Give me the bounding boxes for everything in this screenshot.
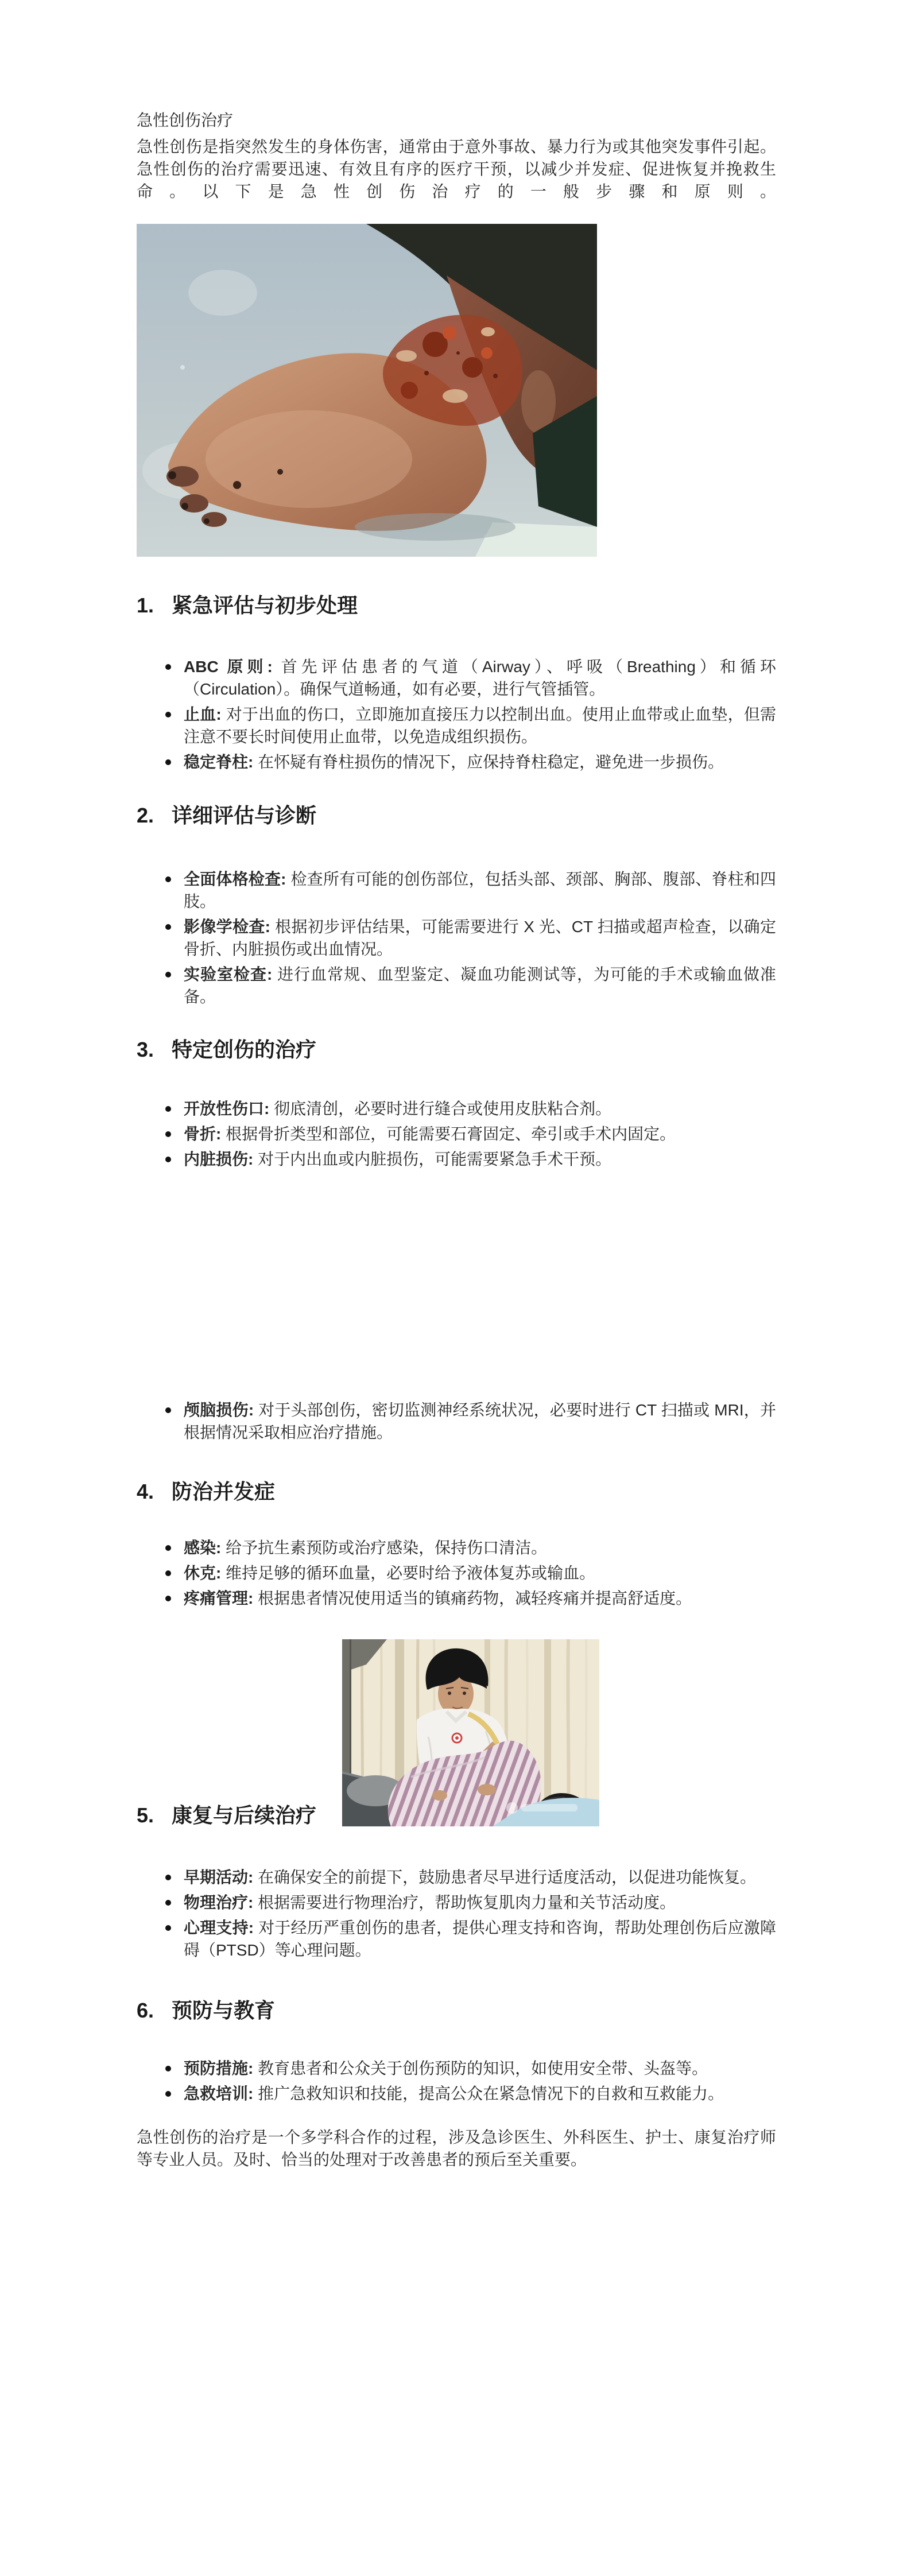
list-item: 骨折: 根据骨折类型和部位，可能需要石膏固定、牵引或手术内固定。 — [137, 1123, 776, 1145]
item-term: 心理支持: — [184, 1919, 254, 1937]
item-term: 开放性伤口: — [184, 1100, 269, 1118]
list-item: 疼痛管理: 根据患者情况使用适当的镇痛药物，减轻疼痛并提高舒适度。 — [137, 1587, 776, 1609]
rehab-photo-graphic — [342, 1639, 599, 1826]
bullet-list-3: 开放性伤口: 彻底清创，必要时进行缝合或使用皮肤粘合剂。 骨折: 根据骨折类型和… — [137, 1097, 776, 1173]
wound-photo-graphic — [137, 224, 597, 557]
section-number: 4. — [137, 1479, 172, 1505]
item-term: 内脏损伤: — [184, 1150, 253, 1168]
bullet-list-6: 预防措施: 教育患者和公众关于创伤预防的知识，如使用安全带、头盔等。 急救培训:… — [137, 2057, 776, 2108]
item-term: 感染: — [184, 1539, 221, 1557]
section-title: 防治并发症 — [172, 1480, 275, 1503]
item-text: 根据初步评估结果，可能需要进行 X 光、CT 扫描或超声检查，以确定骨折、内脏损… — [184, 918, 776, 958]
item-term: 休克: — [184, 1564, 221, 1582]
list-item: 稳定脊柱: 在怀疑有脊柱损伤的情况下，应保持脊柱稳定，避免进一步损伤。 — [137, 751, 776, 773]
list-item: 开放性伤口: 彻底清创，必要时进行缝合或使用皮肤粘合剂。 — [137, 1097, 776, 1120]
wound-photo — [137, 224, 597, 557]
item-term: ABC 原则: — [184, 658, 273, 676]
closing-paragraph: 急性创伤的治疗是一个多学科合作的过程，涉及急诊医生、外科医生、护士、康复治疗师等… — [137, 2126, 776, 2171]
bullet-list-4: 感染: 给予抗生素预防或治疗感染，保持伤口清洁。 休克: 维持足够的循环血量，必… — [137, 1537, 776, 1612]
section-heading-6: 6.预防与教育 — [137, 1997, 825, 2024]
item-term: 稳定脊柱: — [184, 753, 253, 771]
section-heading-2: 2.详细评估与诊断 — [137, 802, 825, 829]
item-text: 根据患者情况使用适当的镇痛药物，减轻疼痛并提高舒适度。 — [258, 1589, 692, 1607]
item-text: 对于内出血或内脏损伤，可能需要紧急手术干预。 — [258, 1150, 611, 1168]
item-text: 维持足够的循环血量，必要时给予液体复苏或输血。 — [226, 1564, 595, 1582]
item-term: 全面体格检查: — [184, 870, 286, 888]
item-term: 疼痛管理: — [184, 1589, 253, 1607]
section-heading-4: 4.防治并发症 — [137, 1479, 825, 1505]
item-text: 在怀疑有脊柱损伤的情况下，应保持脊柱稳定，避免进一步损伤。 — [258, 753, 724, 771]
item-term: 影像学检查: — [184, 918, 270, 936]
item-term: 实验室检查: — [184, 965, 272, 983]
section-number: 1. — [137, 592, 172, 619]
item-term: 预防措施: — [184, 2059, 253, 2077]
list-item: 感染: 给予抗生素预防或治疗感染，保持伤口清洁。 — [137, 1537, 776, 1559]
item-term: 急救培训: — [184, 2085, 253, 2102]
list-item: 早期活动: 在确保安全的前提下，鼓励患者尽早进行适度活动，以促进功能恢复。 — [137, 1866, 776, 1888]
intro-paragraph: 急性创伤是指突然发生的身体伤害，通常由于意外事故、暴力行为或其他突发事件引起。急… — [137, 135, 776, 203]
item-text: 给予抗生素预防或治疗感染，保持伤口清洁。 — [226, 1539, 547, 1557]
list-item: 颅脑损伤: 对于头部创伤，密切监测神经系统状况，必要时进行 CT 扫描或 MRI… — [137, 1399, 776, 1444]
section-number: 6. — [137, 1997, 172, 2024]
item-text: 根据骨折类型和部位，可能需要石膏固定、牵引或手术内固定。 — [226, 1125, 676, 1143]
list-item: 止血: 对于出血的伤口，立即施加直接压力以控制出血。使用止血带或止血垫，但需注意… — [137, 703, 776, 748]
list-item: 内脏损伤: 对于内出血或内脏损伤，可能需要紧急手术干预。 — [137, 1148, 776, 1170]
bullet-list-1: ABC 原则: 首先评估患者的气道（Airway）、呼吸（Breathing）和… — [137, 655, 776, 776]
item-text: 彻底清创，必要时进行缝合或使用皮肤粘合剂。 — [274, 1100, 611, 1118]
list-item: 影像学检查: 根据初步评估结果，可能需要进行 X 光、CT 扫描或超声检查，以确… — [137, 915, 776, 960]
list-item: 实验室检查: 进行血常规、血型鉴定、凝血功能测试等，为可能的手术或输血做准备。 — [137, 963, 776, 1008]
list-item: 心理支持: 对于经历严重创伤的患者，提供心理支持和咨询，帮助处理创伤后应激障碍（… — [137, 1917, 776, 1961]
item-text: 进行血常规、血型鉴定、凝血功能测试等，为可能的手术或输血做准备。 — [184, 965, 776, 1006]
list-item: 休克: 维持足够的循环血量，必要时给予液体复苏或输血。 — [137, 1562, 776, 1584]
item-term: 止血: — [184, 705, 222, 723]
document-page: 急性创伤治疗 急性创伤是指突然发生的身体伤害，通常由于意外事故、暴力行为或其他突… — [0, 0, 911, 2576]
section-title: 紧急评估与初步处理 — [172, 593, 358, 617]
section-number: 5. — [137, 1802, 172, 1829]
item-term: 早期活动: — [184, 1868, 253, 1886]
section-heading-5: 5.康复与后续治疗 — [137, 1802, 825, 1829]
rehab-photo — [342, 1639, 599, 1826]
item-text: 对于经历严重创伤的患者，提供心理支持和咨询，帮助处理创伤后应激障碍（PTSD）等… — [184, 1919, 776, 1959]
item-text: 推广急救知识和技能，提高公众在紧急情况下的自救和互救能力。 — [258, 2085, 724, 2102]
section-heading-3: 3.特定创伤的治疗 — [137, 1037, 825, 1063]
bullet-list-3-continued: 颅脑损伤: 对于头部创伤，密切监测神经系统状况，必要时进行 CT 扫描或 MRI… — [137, 1399, 776, 1446]
item-text: 对于出血的伤口，立即施加直接压力以控制出血。使用止血带或止血垫，但需注意不要长时… — [184, 705, 776, 746]
item-term: 骨折: — [184, 1125, 221, 1143]
list-item: 预防措施: 教育患者和公众关于创伤预防的知识，如使用安全带、头盔等。 — [137, 2057, 776, 2080]
section-heading-1: 1.紧急评估与初步处理 — [137, 592, 825, 619]
item-text: 根据需要进行物理治疗，帮助恢复肌肉力量和关节活动度。 — [258, 1894, 676, 1911]
item-term: 物理治疗: — [184, 1894, 253, 1911]
item-text: 首先评估患者的气道（Airway）、呼吸（Breathing）和循环（Circu… — [184, 658, 776, 698]
list-item: 全面体格检查: 检查所有可能的创伤部位，包括头部、颈部、胸部、腹部、脊柱和四肢。 — [137, 868, 776, 913]
bullet-list-5: 早期活动: 在确保安全的前提下，鼓励患者尽早进行适度活动，以促进功能恢复。 物理… — [137, 1866, 776, 1964]
item-term: 颅脑损伤: — [184, 1401, 254, 1419]
section-title: 康复与后续治疗 — [172, 1803, 316, 1827]
section-number: 2. — [137, 802, 172, 829]
section-title: 详细评估与诊断 — [172, 804, 316, 827]
bullet-list-2: 全面体格检查: 检查所有可能的创伤部位，包括头部、颈部、胸部、腹部、脊柱和四肢。… — [137, 868, 776, 1011]
section-number: 3. — [137, 1037, 172, 1063]
item-text: 对于头部创伤，密切监测神经系统状况，必要时进行 CT 扫描或 MRI，并根据情况… — [184, 1401, 776, 1441]
list-item: 物理治疗: 根据需要进行物理治疗，帮助恢复肌肉力量和关节活动度。 — [137, 1891, 776, 1914]
list-item: ABC 原则: 首先评估患者的气道（Airway）、呼吸（Breathing）和… — [137, 655, 776, 700]
section-title: 预防与教育 — [172, 1999, 275, 2022]
item-text: 在确保安全的前提下，鼓励患者尽早进行适度活动，以促进功能恢复。 — [258, 1868, 756, 1886]
section-title: 特定创伤的治疗 — [172, 1038, 316, 1061]
list-item: 急救培训: 推广急救知识和技能，提高公众在紧急情况下的自救和互救能力。 — [137, 2082, 776, 2105]
item-text: 教育患者和公众关于创伤预防的知识，如使用安全带、头盔等。 — [258, 2059, 708, 2077]
page-title: 急性创伤治疗 — [137, 109, 233, 131]
